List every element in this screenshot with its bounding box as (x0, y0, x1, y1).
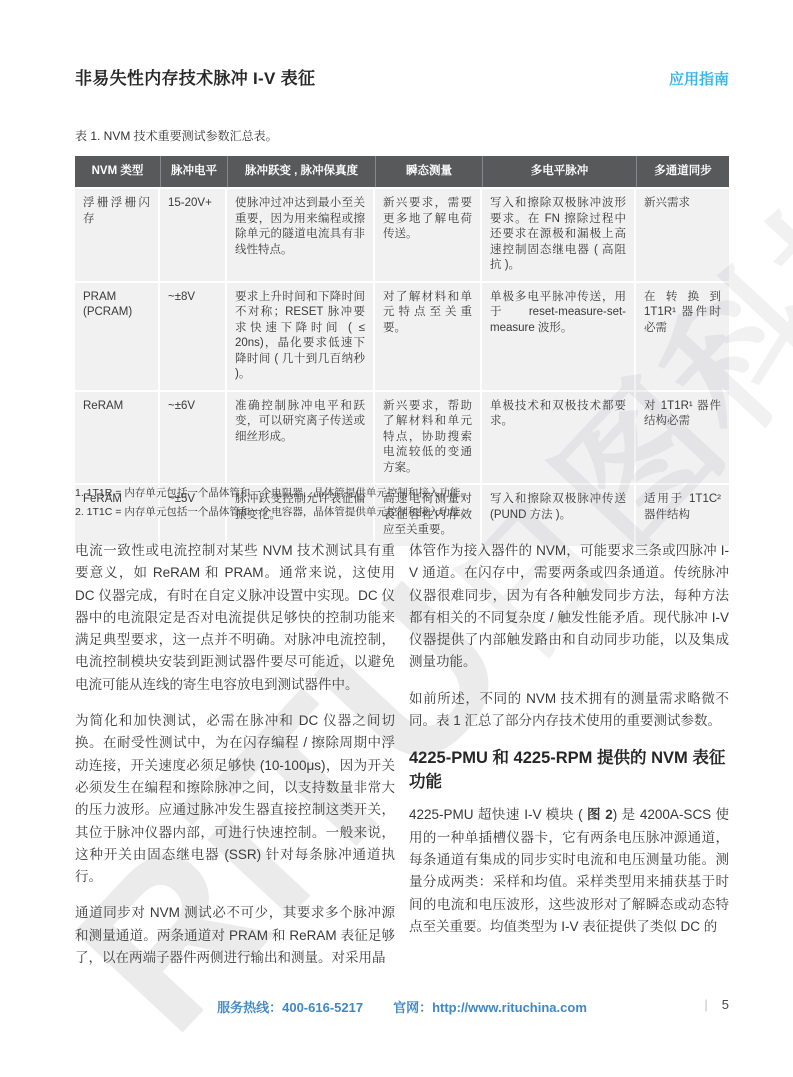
paragraph-4225-pmu-intro: 4225-PMU 超快速 I-V 模块 ( 图 2) 是 4200A-SCS 使… (409, 804, 729, 938)
document-title: 非易失性内存技术脉冲 I-V 表征 (75, 64, 315, 89)
paragraph-segment: 4225-PMU 超快速 I-V 模块 ( (409, 807, 587, 822)
page-footer: 服务热线：400-616-5217官网：http://www.rituchina… (75, 997, 729, 1019)
table-header-cell: NVM 类型 (75, 156, 160, 187)
paragraph-channel-sync: 通道同步对 NVM 测试必不可少，其要求多个脉冲源和测量通道。两条通道对 PRA… (75, 902, 395, 969)
table-cell: ReRAM (75, 392, 158, 484)
table-cell: 单极技术和双极技术都要求。 (482, 392, 634, 484)
table-footnotes: 1. 1T1R = 内存单元包括一个晶体管和一个电阻器，晶体管提供单元控制和接入… (75, 484, 729, 522)
right-column: 体管作为接入器件的 NVM，可能要求三条或四脉冲 I-V 通道。在闪存中，需要两… (409, 540, 729, 983)
document-page: 非易失性内存技术脉冲 I-V 表征 应用指南 表 1. NVM 技术重要测试参数… (0, 0, 793, 1077)
table-cell: 要求上升时间和下降时间不对称；RESET 脉冲要求快速下降时间 ( ≤ 20ns… (227, 283, 373, 390)
table-cell: ~±6V (160, 392, 225, 484)
table-cell: 新兴需求 (636, 189, 729, 281)
table-cell: 准确控制脉冲电平和跃变，可以研究离子传送或细丝形成。 (227, 392, 373, 484)
table-header-cell: 瞬态测量 (375, 156, 482, 187)
table-cell: 浮栅浮栅闪存 (75, 189, 158, 281)
table-cell: ~±8V (160, 283, 225, 390)
table-header-cell: 脉冲电平 (160, 156, 227, 187)
website-link[interactable]: 官网：http://www.rituchina.com (393, 1000, 587, 1015)
page-number-block: |5 (704, 997, 729, 1012)
paragraph-table-reference: 如前所述，不同的 NVM 技术拥有的测量需求略微不同。表 1 汇总了部分内存技术… (409, 688, 729, 733)
table-cell: 使脉冲过冲达到最小至关重要，因为用来编程或擦除单元的隧道电流具有非线性特点。 (227, 189, 373, 281)
table-header-row: NVM 类型 脉冲电平 脉冲跃变 , 脉冲保真度 瞬态测量 多电平脉冲 多通道同… (75, 156, 729, 187)
table-row-reram: ReRAM ~±6V 准确控制脉冲电平和跃变，可以研究离子传送或细丝形成。 新兴… (75, 392, 729, 484)
paragraph-channels: 体管作为接入器件的 NVM，可能要求三条或四脉冲 I-V 通道。在闪存中，需要两… (409, 540, 729, 674)
table-cell: 写入和擦除双极脉冲波形要求。在 FN 擦除过程中还要求在源极和漏极上高速控制固态… (482, 189, 634, 281)
paragraph-current-control: 电流一致性或电流控制对某些 NVM 技术测试具有重要意义，如 ReRAM 和 P… (75, 540, 395, 696)
footnote-1t1r: 1. 1T1R = 内存单元包括一个晶体管和一个电阻器，晶体管提供单元控制和接入… (75, 484, 729, 503)
service-hotline: 服务热线：400-616-5217 (217, 1000, 363, 1015)
paragraph-segment: ) 是 4200A-SCS 使用的一种单插槽仪器卡，它有两条电压脉冲源通道，每条… (409, 807, 729, 933)
table-cell: 15-20V+ (160, 189, 225, 281)
table-row-flash: 浮栅浮栅闪存 15-20V+ 使脉冲过冲达到最小至关重要，因为用来编程或擦除单元… (75, 189, 729, 281)
page-header: 非易失性内存技术脉冲 I-V 表征 应用指南 (75, 64, 729, 89)
table-cell: 单极多电平脉冲传送，用于 reset-measure-set-measure 波… (482, 283, 634, 390)
page-number: 5 (722, 997, 729, 1012)
page-number-divider: | (704, 997, 707, 1012)
footnote-1t1c: 2. 1T1C = 内存单元包括一个晶体管和一个电容器，晶体管提供单元控制和接入… (75, 503, 729, 522)
table-cell: 新兴要求，帮助了解材料和单元特点，协助搜索电流较低的变通方案。 (375, 392, 480, 484)
left-column: 电流一致性或电流控制对某些 NVM 技术测试具有重要意义，如 ReRAM 和 P… (75, 540, 395, 983)
table-cell: PRAM (PCRAM) (75, 283, 158, 390)
table-cell: 对了解材料和单元特点至关重要。 (375, 283, 480, 390)
section-heading-4225-pmu: 4225-PMU 和 4225-RPM 提供的 NVM 表征功能 (409, 746, 729, 794)
table-header-cell: 多通道同步 (636, 156, 729, 187)
table-caption: 表 1. NVM 技术重要测试参数汇总表。 (75, 127, 278, 144)
table-row-pram: PRAM (PCRAM) ~±8V 要求上升时间和下降时间不对称；RESET 脉… (75, 283, 729, 390)
table-cell: 在转换到 1T1R¹ 器件时必需 (636, 283, 729, 390)
table-cell: 对 1T1R¹ 器件结构必需 (636, 392, 729, 484)
figure-2-reference: 图 2 (587, 807, 613, 822)
table-cell: 新兴要求，需要更多地了解电荷传送。 (375, 189, 480, 281)
paragraph-switching: 为简化和加快测试，必需在脉冲和 DC 仪器之间切换。在耐受性测试中，为在闪存编程… (75, 710, 395, 888)
table-header-cell: 多电平脉冲 (482, 156, 636, 187)
body-columns: 电流一致性或电流控制对某些 NVM 技术测试具有重要意义，如 ReRAM 和 P… (75, 540, 729, 983)
application-note-tag: 应用指南 (669, 68, 729, 89)
footer-contact: 服务热线：400-616-5217官网：http://www.rituchina… (75, 997, 729, 1016)
table-header-cell: 脉冲跃变 , 脉冲保真度 (227, 156, 375, 187)
